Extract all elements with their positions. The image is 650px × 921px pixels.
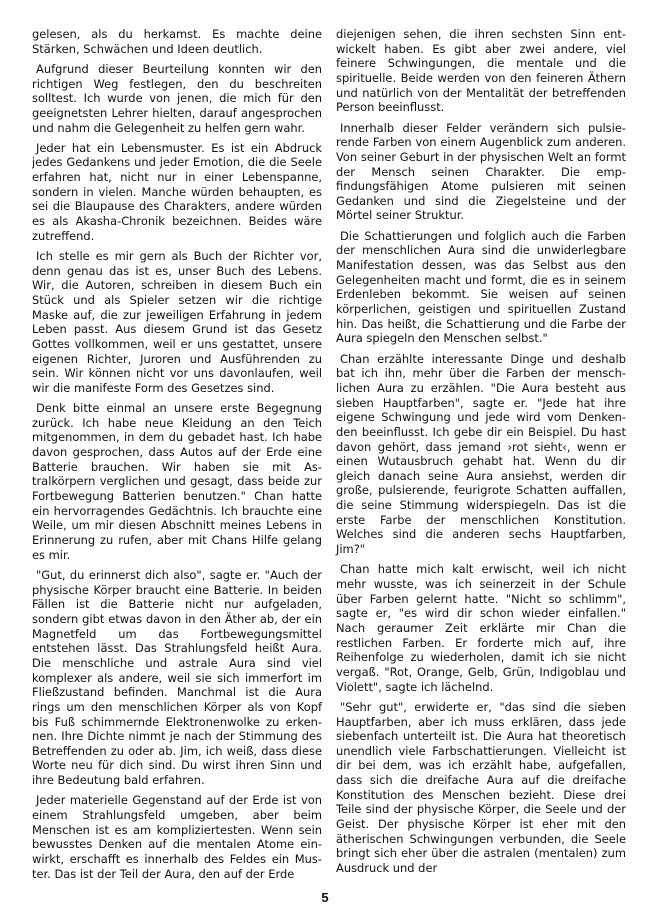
paragraph: Innerhalb dieser Felder verändern sich p… [336, 121, 626, 224]
paragraph: Ich stelle es mir gern als Buch der Rich… [32, 249, 322, 396]
paragraph: Die Schattierungen und folglich auch die… [336, 229, 626, 346]
page-number: 5 [0, 890, 650, 905]
right-column: diejenigen sehen, die ihren sechsten Sin… [336, 27, 626, 881]
document-page: gelesen, als du herkamst. Es machte dein… [0, 0, 650, 921]
left-column: gelesen, als du herkamst. Es machte dein… [32, 27, 322, 887]
paragraph: Chan erzählte interessante Dinge und des… [336, 352, 626, 557]
paragraph: Denk bitte einmal an unsere erste Begegn… [32, 401, 322, 562]
paragraph: "Gut, du erinnerst dich also", sagte er.… [32, 568, 322, 788]
paragraph: Aufgrund dieser Beurteilung konnten wir … [32, 62, 322, 135]
paragraph: Chan hatte mich kalt erwischt, weil ich … [336, 562, 626, 694]
paragraph: Jeder materielle Gegenstand auf der Erde… [32, 793, 322, 881]
paragraph: Jeder hat ein Lebensmuster. Es ist ein A… [32, 141, 322, 244]
paragraph: gelesen, als du herkamst. Es machte dein… [32, 27, 322, 56]
paragraph: "Sehr gut", erwiderte er, "das sind die … [336, 700, 626, 876]
paragraph: diejenigen sehen, die ihren sechsten Sin… [336, 27, 626, 115]
